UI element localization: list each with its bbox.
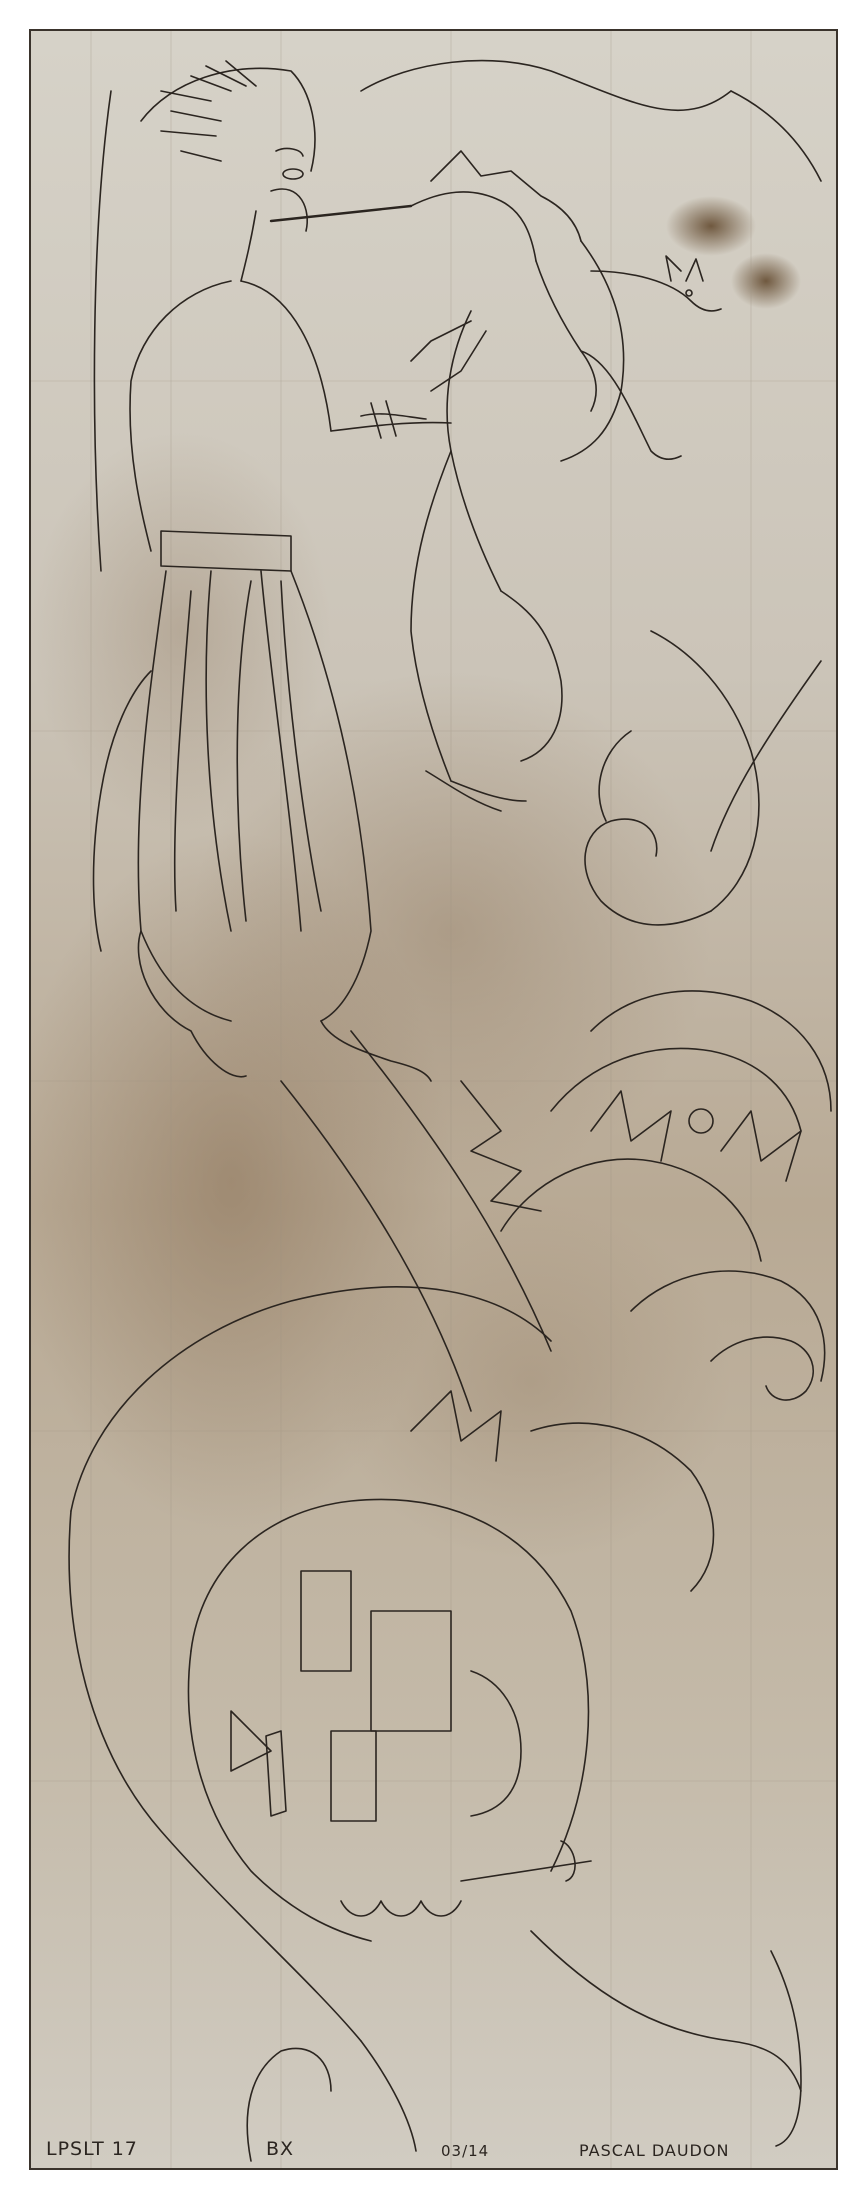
line-drawing <box>31 31 836 2168</box>
leaping-animal <box>361 61 821 811</box>
heraldic-shield <box>69 1287 801 2161</box>
inscription-edition-number: 03/14 <box>441 2142 489 2160</box>
small-rodent <box>591 256 721 311</box>
inscription-artist-signature: PASCAL DAUDON <box>579 2141 729 2160</box>
acanthus-scrollwork <box>281 631 831 1591</box>
etching-plate: LPSLT 17 BX 03/14 PASCAL DAUDON <box>29 29 838 2170</box>
inscription-plate-code: LPSLT 17 <box>46 2138 138 2160</box>
inscription-place: BX <box>266 2138 294 2160</box>
flute-player-figure <box>94 61 452 1081</box>
